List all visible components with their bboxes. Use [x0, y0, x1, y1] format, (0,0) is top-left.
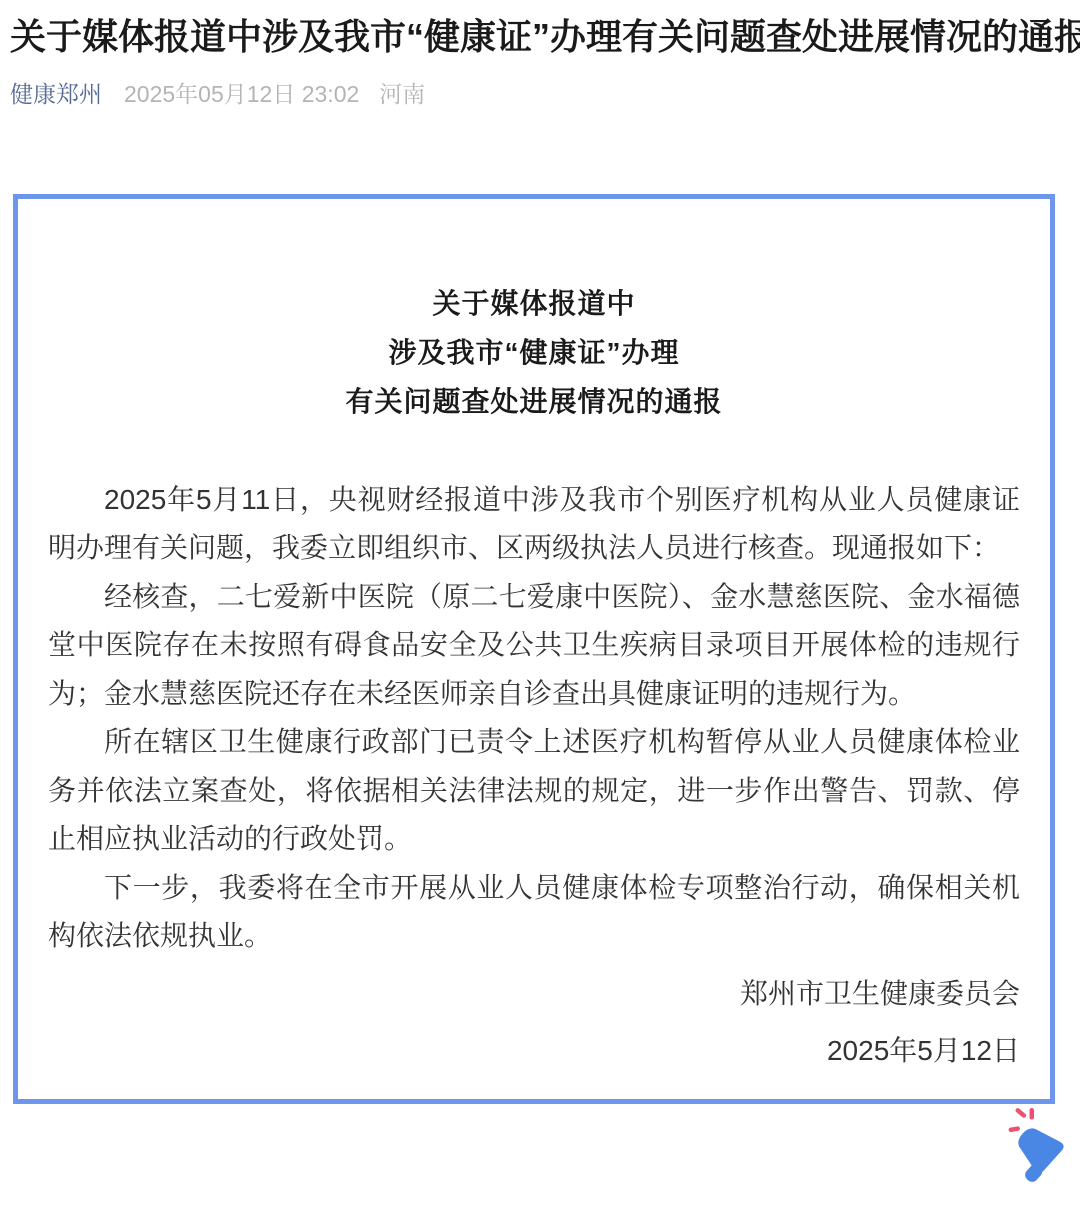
notice-paragraph-1: 2025年5月11日，央视财经报道中涉及我市个别医疗机构从业人员健康证明办理有关…	[48, 476, 1020, 573]
notice-paragraph-2: 经核查，二七爱新中医院（原二七爱康中医院）、金水慧慈医院、金水福德堂中医院存在未…	[48, 573, 1020, 719]
account-name-link[interactable]: 健康郑州	[10, 81, 102, 109]
byline: 健康郑州 2025年05月12日 23:02 河南	[10, 81, 1070, 109]
notice-title-line-3: 有关问题查处进展情况的通报	[48, 377, 1020, 426]
notice-body: 2025年5月11日，央视财经报道中涉及我市个别医疗机构从业人员健康证明办理有关…	[48, 476, 1020, 1079]
notice-title-line-2: 涉及我市“健康证”办理	[48, 328, 1020, 377]
article-title: 关于媒体报道中涉及我市“健康证”办理有关问题查处进展情况的通报	[10, 14, 1070, 59]
notice-box: 关于媒体报道中 涉及我市“健康证”办理 有关问题查处进展情况的通报 2025年5…	[13, 194, 1055, 1104]
publish-location: 河南	[379, 81, 425, 109]
notice-paragraph-4: 下一步，我委将在全市开展从业人员健康体检专项整治行动，确保相关机构依法依规执业。	[48, 864, 1020, 961]
notice-paragraph-3: 所在辖区卫生健康行政部门已责令上述医疗机构暂停从业人员健康体检业务并依法立案查处…	[48, 718, 1020, 864]
article-page: { "page": { "title": "关于媒体报道中涉及我市“健康证”办理…	[0, 0, 1080, 1205]
notice-title: 关于媒体报道中 涉及我市“健康证”办理 有关问题查处进展情况的通报	[48, 279, 1020, 426]
publish-datetime: 2025年05月12日 23:02	[124, 81, 359, 109]
notice-title-line-1: 关于媒体报道中	[48, 279, 1020, 328]
notice-signature: 郑州市卫生健康委员会	[48, 965, 1020, 1022]
notice-date: 2025年5月12日	[48, 1022, 1020, 1079]
megaphone-icon	[1004, 1106, 1072, 1186]
